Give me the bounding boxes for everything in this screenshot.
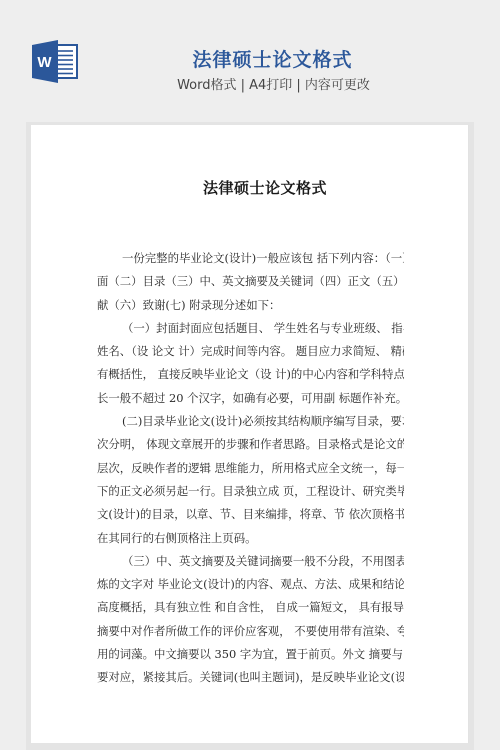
text-line: 下的正文必须另起一行。目录独立成 页，工程设计、研究类毕业论 xyxy=(97,480,404,503)
text-line: （三）中、英文摘要及关键词摘要一般不分段，不用图表，以精 xyxy=(97,550,404,573)
document-page: 法律硕士论文格式 一份完整的毕业论文(设计)一般应该包 括下列内容：（一）封 面… xyxy=(31,125,469,743)
text-line: 文(设计)的目录，以章、节、目来编排，将章、节 依次顶格书写， xyxy=(97,503,404,526)
text-line: 摘要中对作者所做工作的评价应客观， 不要使用带有渲染、夸张作 xyxy=(97,620,404,643)
document-body: 一份完整的毕业论文(设计)一般应该包 括下列内容：（一）封 面（二）目录（三）中… xyxy=(97,247,404,690)
text-line: 炼的文字对 毕业论文(设计)的内容、观点、方法、成果和结论进行 xyxy=(97,573,404,596)
text-line: 层次，反映作者的逻辑 思维能力，所用格式应全文统一，每一层次 xyxy=(97,457,404,480)
text-line: 姓名、（设 论文 计）完成时间等内容。 题目应力求简短、 精确、 xyxy=(97,340,404,363)
text-line: (二)目录毕业论文(设计)必须按其结构顺序编写目录，要求层 xyxy=(97,410,404,433)
paragraph: 一份完整的毕业论文(设计)一般应该包 括下列内容：（一）封 面（二）目录（三）中… xyxy=(97,247,404,317)
banner-title: 法律硕士论文格式 xyxy=(0,45,500,72)
paragraph: (二)目录毕业论文(设计)必须按其结构顺序编写目录，要求层 次分明， 体现文章展… xyxy=(97,410,404,550)
paragraph: （一）封面封面应包括题目、 学生姓名与专业班级、 指导教师 姓名、（设 论文 计… xyxy=(97,317,404,410)
text-line: 面（二）目录（三）中、英文摘要及关键词（四）正文（五）参考文 xyxy=(97,270,404,293)
text-line: 有概括性， 直接反映毕业论文（设 计)的中心内容和学科特点。题 xyxy=(97,363,404,386)
header-banner: W 法律硕士论文格式 Word格式 | A4打印 | 内容可更改 xyxy=(0,0,500,124)
banner-subtitle: Word格式 | A4打印 | 内容可更改 xyxy=(0,74,500,93)
text-line: 要对应，紧接其后。关键词(也叫主题词)，是反映毕业论文(设 计) xyxy=(97,666,404,689)
text-line: （一）封面封面应包括题目、 学生姓名与专业班级、 指导教师 xyxy=(97,317,404,340)
text-line: 在其同行的右侧顶格注上页码。 xyxy=(97,527,404,550)
paragraph: （三）中、英文摘要及关键词摘要一般不分段，不用图表，以精 炼的文字对 毕业论文(… xyxy=(97,550,404,690)
document-title: 法律硕士论文格式 xyxy=(31,177,499,198)
text-line: 次分明， 体现文章展开的步骤和作者思路。目录格式是论文的结构 xyxy=(97,433,404,456)
text-line: 一份完整的毕业论文(设计)一般应该包 括下列内容：（一）封 xyxy=(97,247,404,270)
text-line: 高度概括，具有独立性 和自含性， 自成一篇短文， 具有报导作用。 xyxy=(97,596,404,619)
text-line: 献（六）致谢(七) 附录现分述如下： xyxy=(97,294,404,317)
text-line: 长一般不超过 20 个汉字，如确有必要，可用副 标题作补充。 xyxy=(97,387,404,410)
text-line: 用的词藻。中文摘要以 350 字为宜，置于前页。外文 摘要与中文摘 xyxy=(97,643,404,666)
